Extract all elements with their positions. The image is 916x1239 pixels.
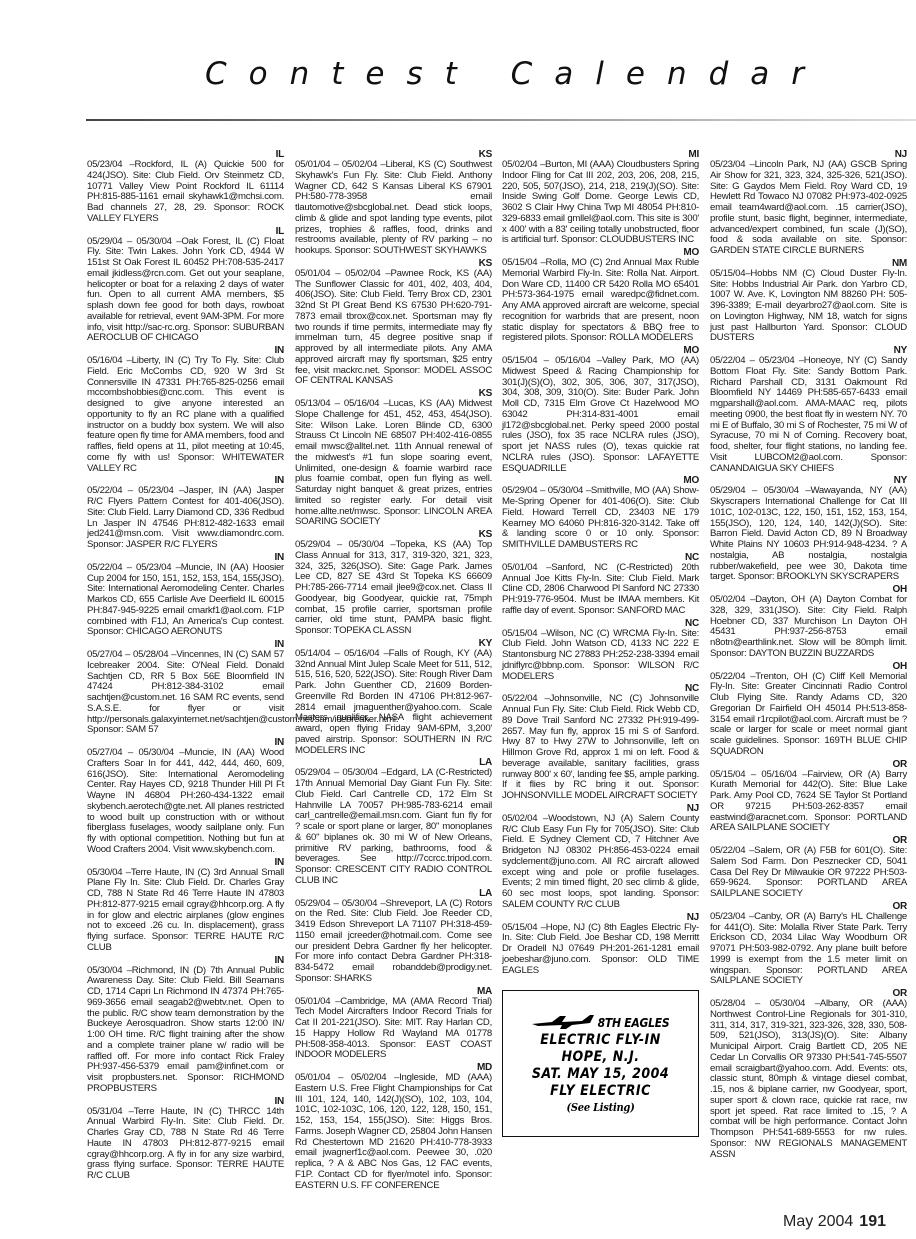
event-listing: 05/29/04 – 05/30/04 –Wawayanda, NY (AA) … xyxy=(710,486,907,583)
event-listing: 05/28/04 – 05/30/04 –Albany, OR (AAA) No… xyxy=(710,999,907,1160)
column-1: IL05/23/04 –Rockford, IL (A) Quickie 500… xyxy=(87,148,284,1183)
ad-header: 8TH EAGLES xyxy=(532,1014,670,1032)
state-heading: MA xyxy=(295,986,492,997)
ad-line-5: FLY ELECTRIC xyxy=(550,1083,651,1100)
issue-date: May 2004 xyxy=(783,1213,853,1230)
column-2: KS05/01/04 – 05/02/04 –Liberal, KS (C) S… xyxy=(295,148,492,1192)
event-listing: 05/02/04 –Woodstown, NJ (A) Salem County… xyxy=(502,814,699,911)
event-listing: 05/30/04 –Terre Haute, IN (C) 3rd Annual… xyxy=(87,868,284,954)
page-footer: May 2004191 xyxy=(783,1213,886,1231)
page-title: Contest Calendar xyxy=(205,56,826,92)
event-listing: 05/15/04 –Rolla, MO (C) 2nd Annual Max R… xyxy=(502,258,699,344)
event-listing: 05/15/04 –Wilson, NC (C) WRCMA Fly-In. S… xyxy=(502,629,699,683)
event-listing: 05/01/04 –Cambridge, MA (AMA Record Tria… xyxy=(295,997,492,1062)
state-heading: IL xyxy=(87,226,284,237)
event-listing: 05/29/04 – 05/30/04 –Oak Forest, IL (C) … xyxy=(87,237,284,345)
event-listing: 05/15/04 – 05/16/04 –Fairview, OR (A) Ba… xyxy=(710,770,907,835)
event-listing: 05/31/04 –Terre Haute, IN (C) THRCC 14th… xyxy=(87,1107,284,1182)
event-listing: 05/29/04 – 05/30/04 –Topeka, KS (AA) Top… xyxy=(295,540,492,637)
event-listing: 05/01/04 – 05/02/04 –Liberal, KS (C) Sou… xyxy=(295,160,492,257)
airplane-icon xyxy=(532,1014,594,1032)
event-listing: 05/27/04 – 05/28/04 –Vincennes, IN (C) S… xyxy=(87,650,284,736)
event-listing: 05/15/04 –Hope, NJ (C) 8th Eagles Electr… xyxy=(502,923,699,977)
event-listing: 05/29/04 – 05/30/04 –Shreveport, LA (C) … xyxy=(295,899,492,985)
event-list: MI05/02/04 –Burton, MI (AAA) Cloudbuster… xyxy=(502,149,699,976)
event-listing: 05/13/04 – 05/16/04 –Lucas, KS (AA) Midw… xyxy=(295,399,492,528)
event-listing: 05/14/04 – 05/16/04 –Falls of Rough, KY … xyxy=(295,649,492,757)
event-listing: 05/29/04 – 05/30/04 –Smithville, MO (AA)… xyxy=(502,486,699,551)
event-listing: 05/22/04 –Johnsonville, NC (C) Johnsonvi… xyxy=(502,694,699,802)
ad-line-2: ELECTRIC FLY-IN xyxy=(540,1032,661,1049)
state-heading: OR xyxy=(710,759,907,770)
ad-line-4: SAT. MAY 15, 2004 xyxy=(532,1066,669,1083)
event-listing: 05/02/04 –Dayton, OH (A) Dayton Combat f… xyxy=(710,595,907,660)
ad-line-3: HOPE, N.J. xyxy=(561,1049,639,1066)
event-listing: 05/22/04 – 05/23/04 –Muncie, IN (AA) Hoo… xyxy=(87,563,284,638)
event-listing: 05/30/04 –Richmond, IN (D) 7th Annual Pu… xyxy=(87,966,284,1095)
event-listing: 05/27/04 – 05/30/04 –Muncie, IN (AA) Woo… xyxy=(87,748,284,856)
event-listing: 05/22/04 –Salem, OR (A) F5B for 601(O). … xyxy=(710,846,907,900)
event-listing: 05/01/04 – 05/02/04 –Ingleside, MD (AAA)… xyxy=(295,1073,492,1191)
state-heading: LA xyxy=(295,888,492,899)
event-listing: 05/02/04 –Burton, MI (AAA) Cloudbusters … xyxy=(502,160,699,246)
state-heading: OH xyxy=(710,661,907,672)
event-listing: 05/22/04 – 05/23/04 –Jasper, IN (AA) Jas… xyxy=(87,486,284,551)
event-listing: 05/15/04–Hobbs NM (C) Cloud Duster Fly-I… xyxy=(710,269,907,344)
state-heading: IN xyxy=(87,955,284,966)
event-listing: 05/15/04 – 05/16/04 –Valley Park, MO (AA… xyxy=(502,356,699,474)
event-listing: 05/23/04 –Lincoln Park, NJ (AA) GSCB Spr… xyxy=(710,160,907,257)
state-heading: NC xyxy=(502,618,699,629)
state-heading: NJ xyxy=(502,912,699,923)
event-listing: 05/22/04 –Trenton, OH (C) Cliff Kell Mem… xyxy=(710,672,907,758)
event-listing: 05/01/04 – 05/02/04 –Pawnee Rock, KS (AA… xyxy=(295,269,492,387)
event-listing: 05/23/04 –Canby, OR (A) Barry's HL Chall… xyxy=(710,912,907,987)
state-heading: IN xyxy=(87,857,284,868)
page-number: 191 xyxy=(859,1213,886,1230)
title-divider xyxy=(86,119,916,121)
event-listing: 05/16/04 –Liberty, IN (C) Try To Fly. Si… xyxy=(87,356,284,474)
state-heading: IN xyxy=(87,1096,284,1107)
event-listing: 05/01/04 –Sanford, NC (C-Restricted) 20t… xyxy=(502,563,699,617)
eagles-flyin-ad: 8TH EAGLES ELECTRIC FLY-IN HOPE, N.J. SA… xyxy=(502,990,699,1137)
column-4: NJ05/23/04 –Lincoln Park, NJ (AA) GSCB S… xyxy=(710,148,907,1161)
event-listing: 05/23/04 –Rockford, IL (A) Quickie 500 f… xyxy=(87,160,284,225)
event-listing: 05/22/04 – 05/23/04 –Honeoye, NY (C) San… xyxy=(710,356,907,474)
ad-line-6: (See Listing) xyxy=(566,1103,634,1114)
event-listing: 05/29/04 – 05/30/04 –Edgard, LA (C-Restr… xyxy=(295,768,492,886)
column-3: MI05/02/04 –Burton, MI (AAA) Cloudbuster… xyxy=(502,148,699,1137)
